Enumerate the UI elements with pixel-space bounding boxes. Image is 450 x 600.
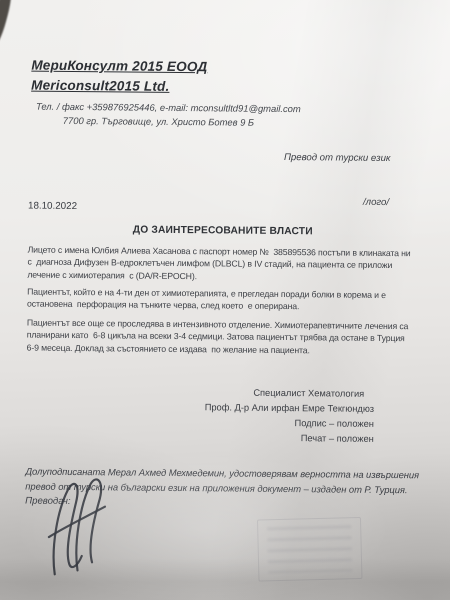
doctor-signature-block: Специалист Хематология Проф. Д-р Али ирф… [204,385,374,447]
logo-placeholder: /лого/ [363,197,389,208]
company-address-line: 7700 гр. Търговище, ул. Христо Ботев 9 Б [63,115,254,128]
company-contact-line: Тел. / факс +359876925446, e-mail: mcons… [36,101,301,115]
stamp-placed-note: Печат – положен [204,430,373,447]
translated-document-page: МериКонсулт 2015 ЕООД Mericonsult2015 Lt… [0,0,450,600]
stamp-faint-text-lines [267,525,352,573]
document-photo: МериКонсулт 2015 ЕООД Mericonsult2015 Lt… [0,0,450,600]
translation-language-note: Превод от турски език [284,152,391,164]
handwritten-signature-icon [46,475,111,580]
document-title: ДО ЗАИНТЕРЕСОВАНИТЕ ВЛАСТИ [0,223,448,238]
body-paragraph-3: Пациентът все още се проследява в интенз… [27,317,429,358]
company-name-cyrillic: МериКонсулт 2015 ЕООД [31,58,207,75]
doctor-specialty: Специалист Хематология [205,385,374,402]
document-date: 18.10.2022 [28,201,77,212]
stamp-bleed-through-icon [257,517,363,582]
signature-placed-note: Подпис – положен [205,415,374,432]
body-paragraph-2: Пациентът, който е на 4-ти ден от химиот… [27,286,429,314]
doctor-name: Проф. Д-р Али ирфан Емре Текгюндюз [205,400,374,417]
company-name-latin: Mericonsult2015 Ltd. [31,78,169,94]
body-paragraph-1: Лицето с имена Юлбия Алиева Хасанова с п… [27,244,429,285]
